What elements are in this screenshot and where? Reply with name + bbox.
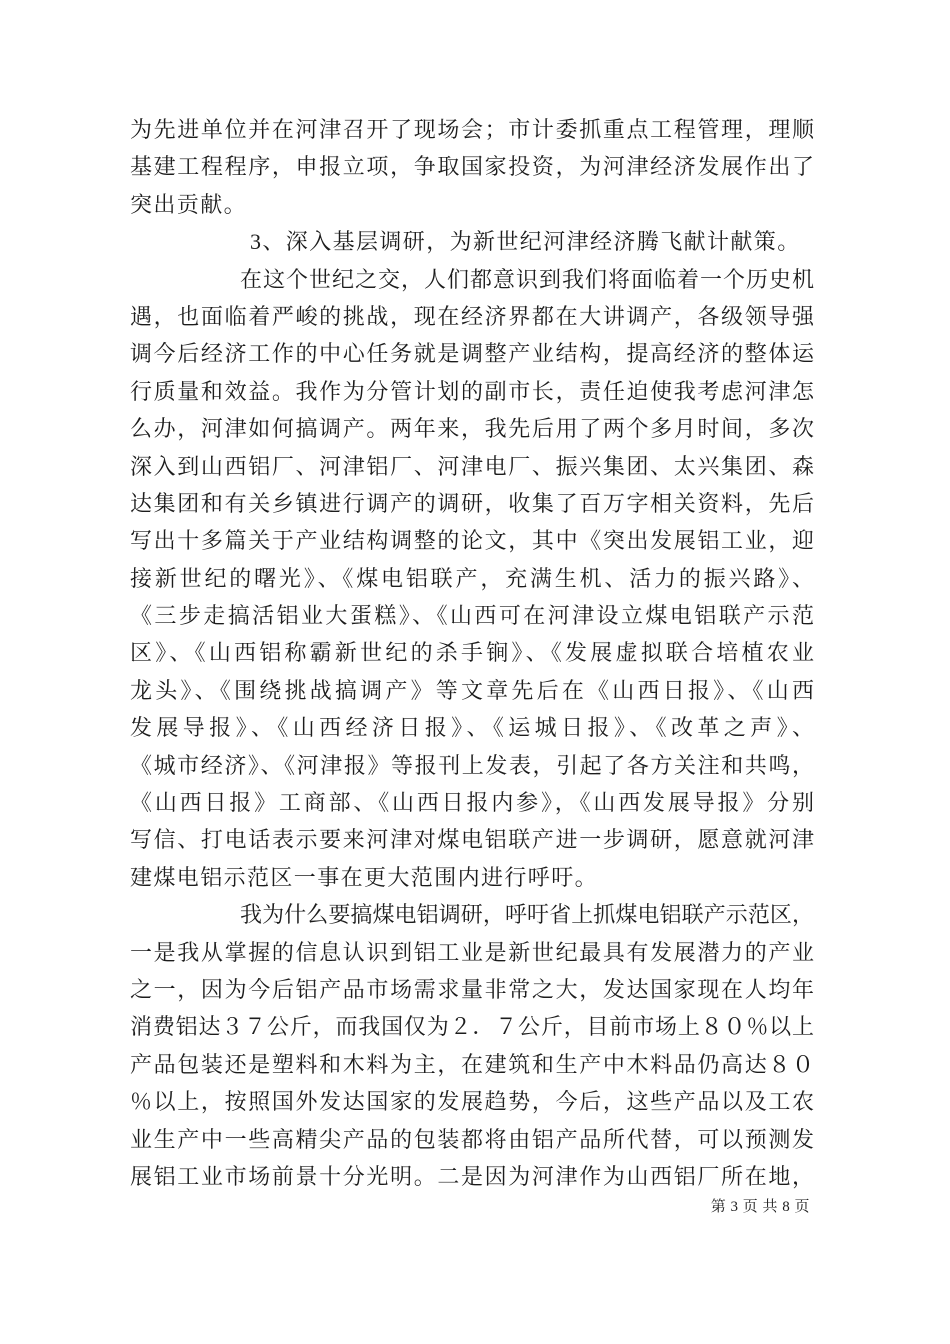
text-line: 达集团和有关乡镇进行调产的调研，收集了百万字相关资料，先后 xyxy=(130,485,814,522)
text-line: 《城市经济》、《河津报》等报刊上发表，引起了各方关注和共鸣， xyxy=(130,747,814,784)
paragraph: 为先进单位并在河津召开了现场会；市计委抓重点工程管理，理顺基建工程程序，申报立项… xyxy=(130,111,814,223)
text-line: 业生产中一些高精尖产品的包装都将由铝产品所代替，可以预测发 xyxy=(130,1121,814,1158)
text-line: 一是我从掌握的信息认识到铝工业是新世纪最具有发展潜力的产业 xyxy=(130,934,814,971)
text-line: 深入到山西铝厂、河津铝厂、河津电厂、振兴集团、太兴集团、森 xyxy=(130,448,814,485)
text-line: 行质量和效益。我作为分管计划的副市长，责任迫使我考虑河津怎 xyxy=(130,373,814,410)
paragraph: 我为什么要搞煤电铝调研，呼吁省上抓煤电铝联产示范区，一是我从掌握的信息认识到铝工… xyxy=(130,896,814,1195)
text-line: 展铝工业市场前景十分光明。二是因为河津作为山西铝厂所在地， xyxy=(130,1158,814,1195)
text-line: 突出贡献。 xyxy=(130,186,814,223)
text-line: 《山西日报》工商部、《山西日报内参》，《山西发展导报》分别 xyxy=(130,784,814,821)
text-line: 写出十多篇关于产业结构调整的论文，其中《突出发展铝工业，迎 xyxy=(130,522,814,559)
text-line: ％以上，按照国外发达国家的发展趋势，今后，这些产品以及工农 xyxy=(130,1083,814,1120)
text-line: 《三步走搞活铝业大蛋糕》、《山西可在河津设立煤电铝联产示范 xyxy=(130,597,814,634)
document-page: 为先进单位并在河津召开了现场会；市计委抓重点工程管理，理顺基建工程程序，申报立项… xyxy=(0,0,950,1344)
page-number-label: 第 3 页 共 8 页 xyxy=(711,1199,810,1215)
text-line: 调今后经济工作的中心任务就是调整产业结构，提高经济的整体运 xyxy=(130,335,814,372)
text-line: 消费铝达３７公斤，而我国仅为２．７公斤，目前市场上８０％以上 xyxy=(130,1008,814,1045)
text-line: 区》、《山西铝称霸新世纪的杀手锏》、《发展虚拟联合培植农业 xyxy=(130,634,814,671)
document-body: 为先进单位并在河津召开了现场会；市计委抓重点工程管理，理顺基建工程程序，申报立项… xyxy=(130,111,814,1195)
text-line: 之一，因为今后铝产品市场需求量非常之大，发达国家现在人均年 xyxy=(130,971,814,1008)
text-line: 产品包装还是塑料和木料为主，在建筑和生产中木料品仍高达８０ xyxy=(130,1046,814,1083)
text-line: 我为什么要搞煤电铝调研，呼吁省上抓煤电铝联产示范区， xyxy=(130,896,814,933)
text-line: 在这个世纪之交，人们都意识到我们将面临着一个历史机 xyxy=(130,261,814,298)
text-line: 基建工程程序，申报立项，争取国家投资，为河津经济发展作出了 xyxy=(130,148,814,185)
paragraph: 3、深入基层调研，为新世纪河津经济腾飞献计献策。 xyxy=(130,223,814,260)
text-line: 发展导报》、《山西经济日报》、《运城日报》、《改革之声》、 xyxy=(130,709,814,746)
text-line: 龙头》、《围绕挑战搞调产》等文章先后在《山西日报》、《山西 xyxy=(130,672,814,709)
paragraph: 在这个世纪之交，人们都意识到我们将面临着一个历史机遇，也面临着严峻的挑战，现在经… xyxy=(130,261,814,897)
text-line: 为先进单位并在河津召开了现场会；市计委抓重点工程管理，理顺 xyxy=(130,111,814,148)
text-line: 遇，也面临着严峻的挑战，现在经济界都在大讲调产，各级领导强 xyxy=(130,298,814,335)
text-line: 建煤电铝示范区一事在更大范围内进行呼吁。 xyxy=(130,859,814,896)
text-line: 么办，河津如何搞调产。两年来，我先后用了两个多月时间，多次 xyxy=(130,410,814,447)
page-footer: 第 3 页 共 8 页 xyxy=(130,1196,810,1218)
text-line: 接新世纪的曙光》、《煤电铝联产，充满生机、活力的振兴路》、 xyxy=(130,560,814,597)
text-line: 写信、打电话表示要来河津对煤电铝联产进一步调研，愿意就河津 xyxy=(130,821,814,858)
text-line: 3、深入基层调研，为新世纪河津经济腾飞献计献策。 xyxy=(130,223,814,260)
